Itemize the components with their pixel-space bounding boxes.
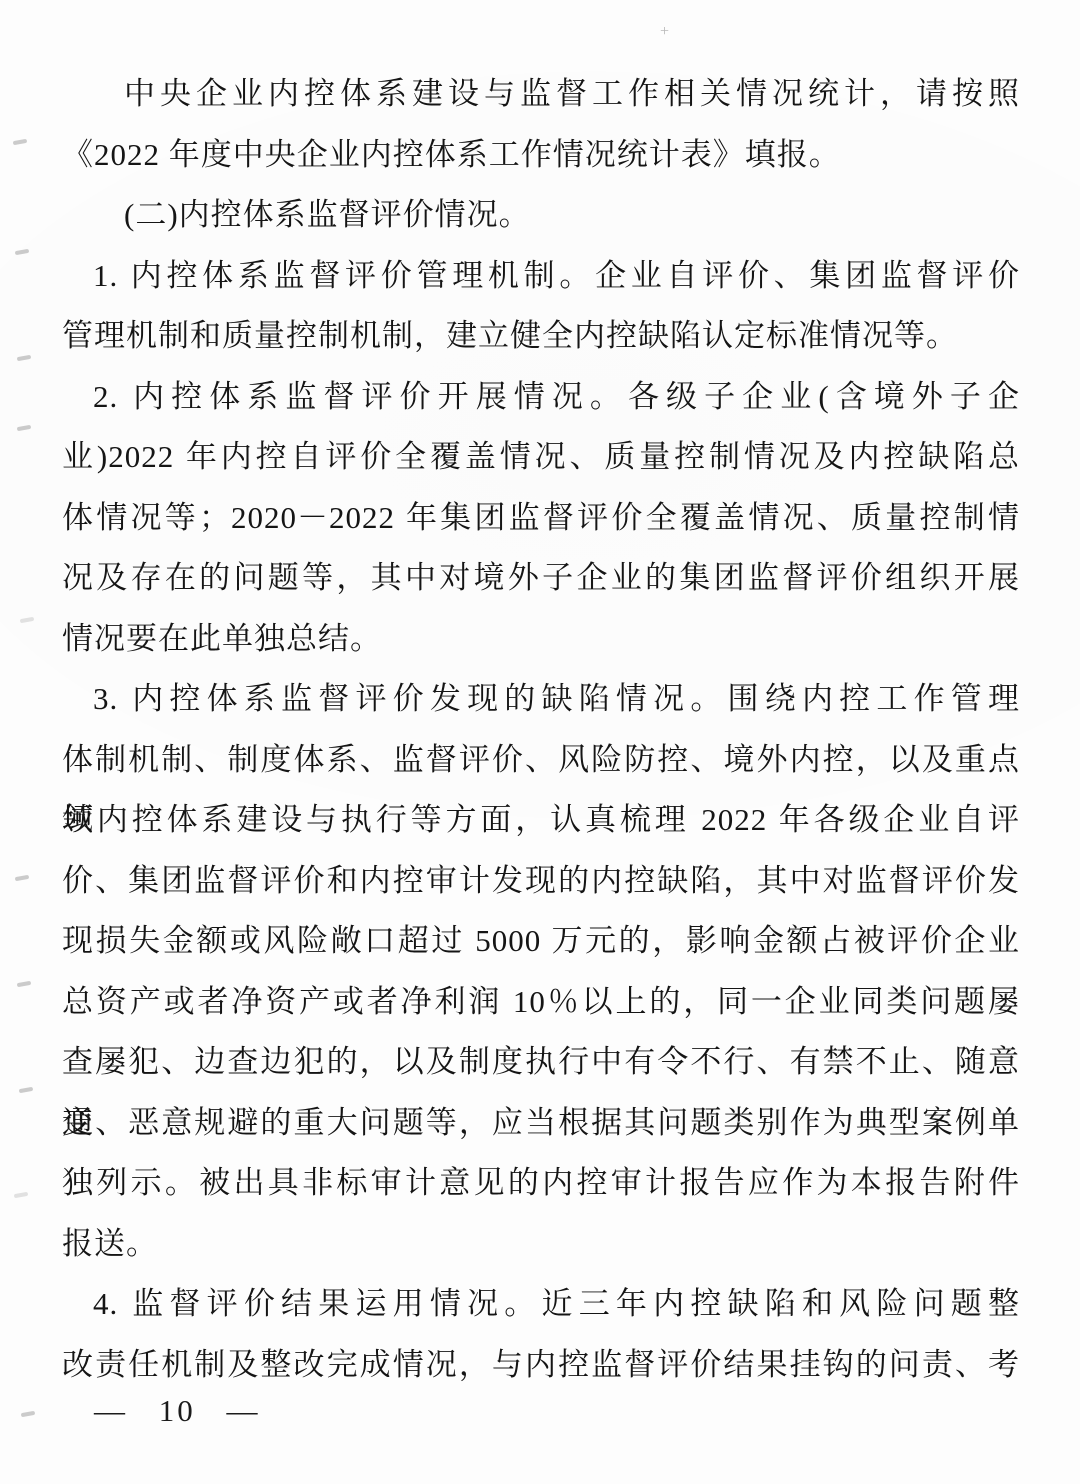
text-line: 1. 内控体系监督评价管理机制。企业自评价、集团监督评价 — [62, 246, 1020, 307]
page-footer: — 10 — — [94, 1393, 261, 1429]
text-line: 价、集团监督评价和内控审计发现的内控缺陷，其中对监督评价发 — [62, 851, 1020, 912]
text-line: 况及存在的问题等，其中对境外子企业的集团监督评价组织开展 — [62, 548, 1020, 609]
scan-artifact — [17, 355, 31, 361]
scan-artifact — [15, 249, 29, 255]
text-line: 报送。 — [62, 1214, 1020, 1275]
text-line: 《2022 年度中央企业内控体系工作情况统计表》填报。 — [62, 125, 1020, 186]
text-line: 2. 内控体系监督评价开展情况。各级子企业(含境外子企 — [62, 367, 1020, 428]
text-line: 体制机制、制度体系、监督评价、风险防控、境外内控，以及重点领 — [62, 730, 1020, 791]
scan-artifact — [17, 425, 31, 431]
document-page: 中央企业内控体系建设与监督工作相关情况统计，请按照《2022 年度中央企业内控体… — [0, 0, 1080, 1484]
scan-artifact — [19, 1087, 33, 1093]
scan-artifact — [21, 1411, 35, 1417]
scan-artifact — [14, 1192, 28, 1198]
text-line: 4. 监督评价结果运用情况。近三年内控缺陷和风险问题整 — [62, 1274, 1020, 1335]
scan-artifact — [13, 139, 27, 145]
text-line: 3. 内控体系监督评价发现的缺陷情况。围绕内控工作管理 — [62, 669, 1020, 730]
scan-artifact — [15, 875, 29, 881]
scanned-document-page: { "document": { "lines": [ { "text": "中央… — [0, 0, 1080, 1484]
text-line: 业)2022 年内控自评价全覆盖情况、质量控制情况及内控缺陷总 — [62, 427, 1020, 488]
text-line: 通、恶意规避的重大问题等，应当根据其问题类别作为典型案例单 — [62, 1093, 1020, 1154]
text-line: 独列示。被出具非标审计意见的内控审计报告应作为本报告附件 — [62, 1153, 1020, 1214]
text-line: 域内控体系建设与执行等方面，认真梳理 2022 年各级企业自评 — [62, 790, 1020, 851]
text-line: 管理机制和质量控制机制，建立健全内控缺陷认定标准情况等。 — [62, 306, 1020, 367]
scan-artifact: + — [660, 24, 669, 40]
text-line: 总资产或者净资产或者净利润 10％以上的，同一企业同类问题屡 — [62, 972, 1020, 1033]
text-line: 现损失金额或风险敞口超过 5000 万元的，影响金额占被评价企业 — [62, 911, 1020, 972]
text-line: 查屡犯、边查边犯的，以及制度执行中有令不行、有禁不止、随意变 — [62, 1032, 1020, 1093]
scan-artifact — [17, 981, 31, 987]
text-line: 改责任机制及整改完成情况，与内控监督评价结果挂钩的问责、考 — [62, 1335, 1020, 1396]
document-text-block: 中央企业内控体系建设与监督工作相关情况统计，请按照《2022 年度中央企业内控体… — [62, 64, 1020, 1395]
text-line: (二)内控体系监督评价情况。 — [62, 185, 1020, 246]
text-line: 情况要在此单独总结。 — [62, 609, 1020, 670]
page-number: — 10 — — [94, 1393, 261, 1428]
scan-artifact — [20, 617, 34, 623]
text-line: 体情况等；2020－2022 年集团监督评价全覆盖情况、质量控制情 — [62, 488, 1020, 549]
text-line: 中央企业内控体系建设与监督工作相关情况统计，请按照 — [62, 64, 1020, 125]
